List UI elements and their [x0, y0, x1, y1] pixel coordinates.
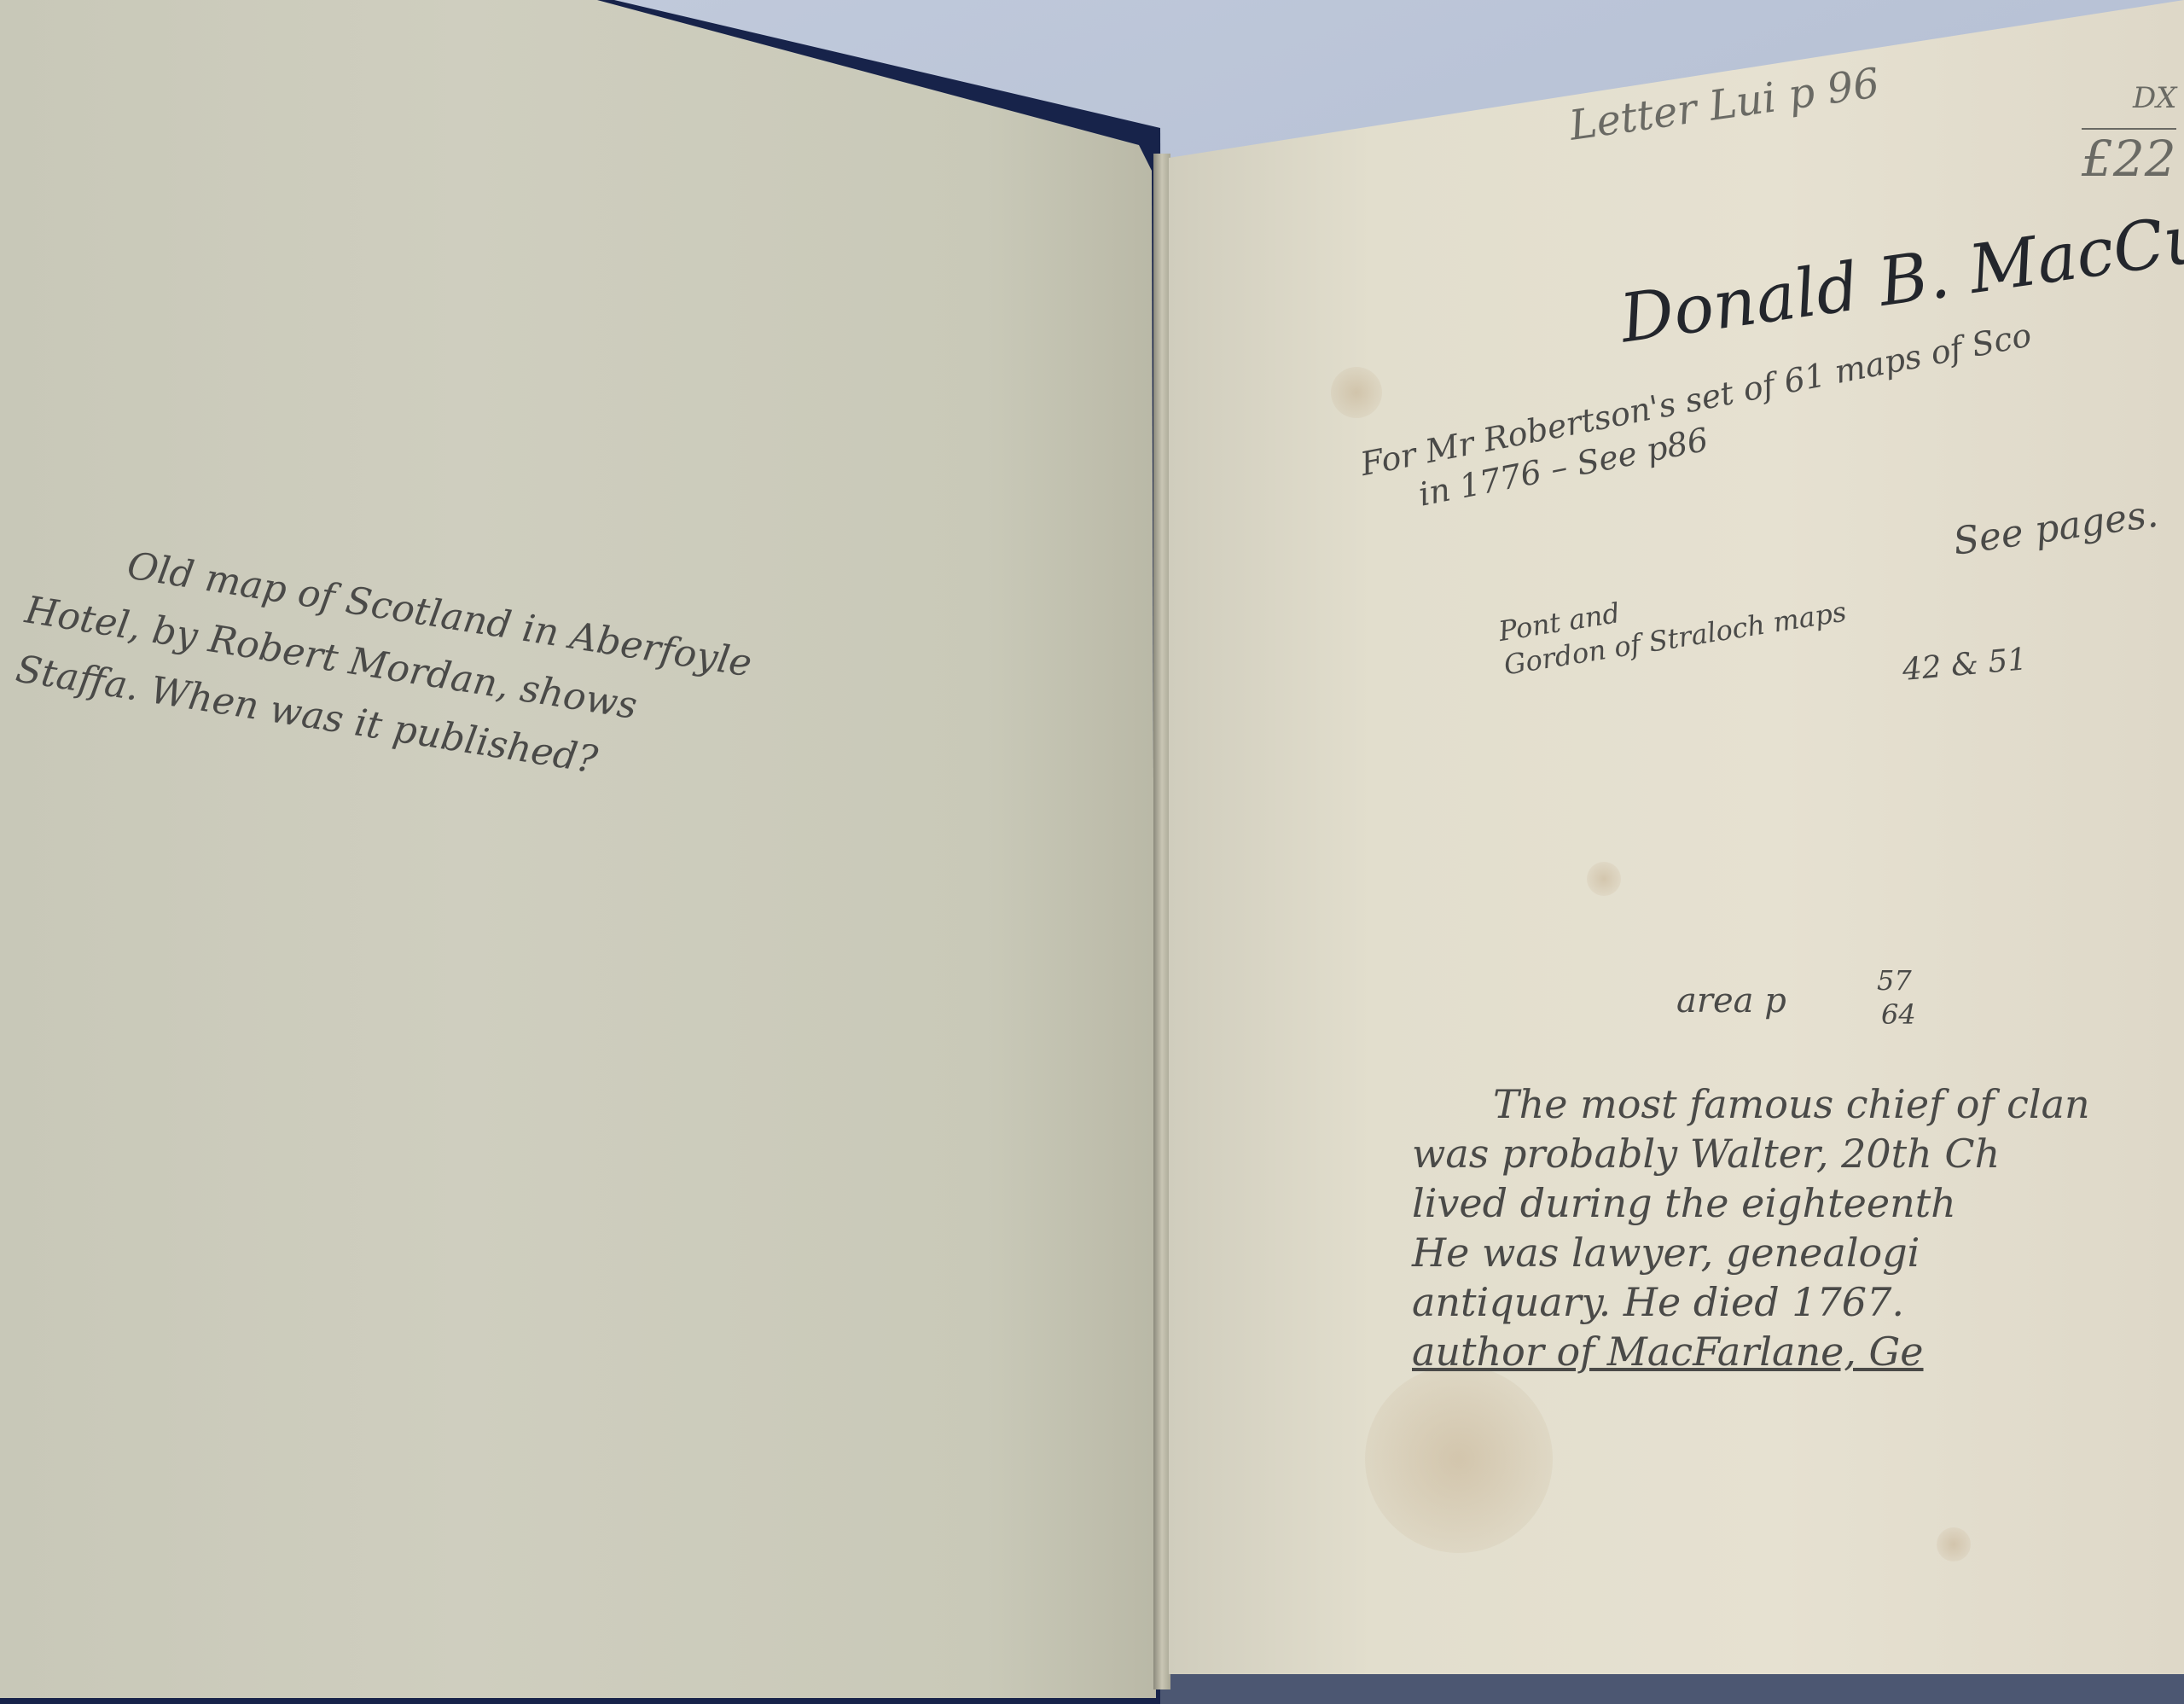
area-page-top: 57	[1877, 964, 1912, 997]
area-note: area p	[1676, 981, 1786, 1021]
note-line: antiquary. He died 1767.	[1412, 1277, 2090, 1327]
note-line: author of MacFarlane, Ge	[1412, 1327, 2090, 1376]
area-page-bottom: 64	[1881, 998, 1916, 1031]
book-gutter	[1153, 154, 1170, 1689]
note-line: He was lawyer, genealogi	[1412, 1228, 2090, 1277]
left-endpaper	[0, 0, 1160, 1704]
foxing-stain	[1365, 1365, 1553, 1553]
foxing-stain	[1587, 862, 1621, 896]
clan-chief-note: The most famous chief of clan was probab…	[1412, 1079, 2090, 1376]
corner-price: £22	[2082, 128, 2176, 188]
corner-code: DX	[2133, 81, 2176, 115]
book-cover-bottom	[1160, 1672, 2184, 1704]
foxing-stain	[1937, 1527, 1971, 1562]
foxing-stain	[1331, 367, 1382, 418]
area-label: area p	[1676, 981, 1786, 1021]
note-line: The most famous chief of clan	[1412, 1079, 2090, 1129]
note-line: lived during the eighteenth	[1412, 1178, 2090, 1228]
note-line: was probably Walter, 20th Ch	[1412, 1129, 2090, 1178]
